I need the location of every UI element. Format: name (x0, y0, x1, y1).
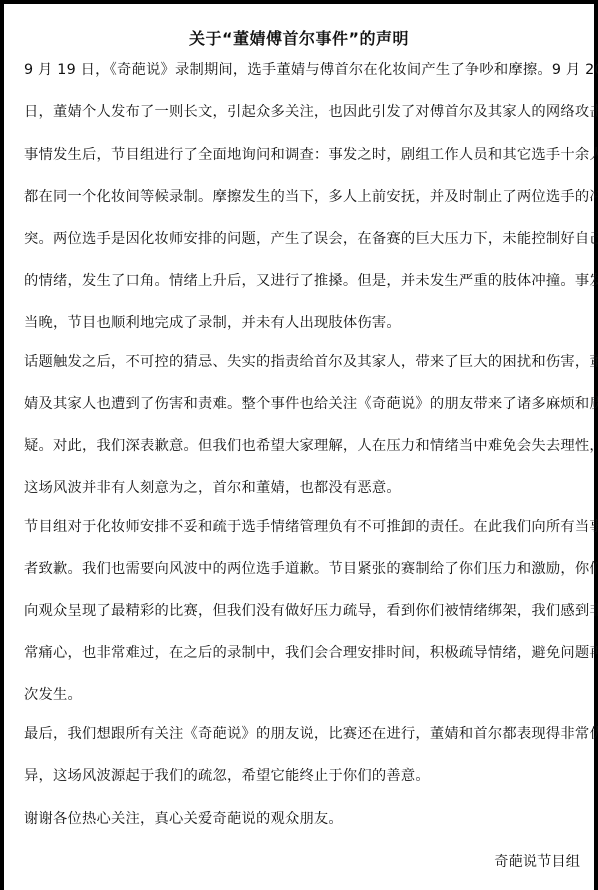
text-line: 当晚，节目也顺利地完成了录制，并未有人出现肢体伤害。 (24, 313, 584, 333)
paragraph-incident: 9 月 19 日，《奇葩说》录制期间，选手董婧与傅首尔在化妆间产生了争吵和摩擦。… (24, 60, 584, 122)
text-line: 向观众呈现了最精彩的比赛，但我们没有做好压力疏导，看到你们被情绪绑架，我们感到非 (24, 601, 584, 621)
statement-document: 关于“董婧傅首尔事件”的声明 9 月 19 日，《奇葩说》录制期间，选手董婧与傅… (4, 4, 594, 890)
text-line: 突。两位选手是因化妆师安排的问题，产生了误会，在备赛的巨大压力下，未能控制好自己 (24, 229, 584, 249)
text-line: 最后，我们想跟所有关注《奇葩说》的朋友说，比赛还在进行，董婧和首尔都表现得非常优 (24, 724, 584, 744)
text-line: 者致歉。我们也需要向风波中的两位选手道歉。节目紧张的赛制给了你们压力和激励，你们 (24, 559, 584, 579)
text-line: 的情绪，发生了口角。情绪上升后，又进行了推搡。但是，并未发生严重的肢体冲撞。事发 (24, 271, 584, 291)
text-line: 这场风波并非有人刻意为之，首尔和董婧，也都没有恶意。 (24, 478, 584, 498)
text-line: 谢谢各位热心关注，真心关爱奇葩说的观众朋友。 (24, 809, 584, 829)
paragraph-investigation: 事情发生后，节目组进行了全面地询问和调查：事发之时，剧组工作人员和其它选手十余人… (24, 145, 584, 333)
paragraph-thanks: 谢谢各位热心关注，真心关爱奇葩说的观众朋友。 (24, 809, 584, 829)
text-line: 话题触发之后，不可控的猜忌、失实的指责给首尔及其家人，带来了巨大的困扰和伤害，董 (24, 352, 584, 372)
text-line: 异，这场风波源起于我们的疏忽，希望它能终止于你们的善意。 (24, 766, 584, 786)
text-line: 都在同一个化妆间等候录制。摩擦发生的当下，多人上前安抚，并及时制止了两位选手的冲 (24, 187, 584, 207)
text-line: 疑。对此，我们深表歉意。但我们也希望大家理解，人在压力和情绪当中难免会失去理性， (24, 436, 584, 456)
text-line: 事情发生后，节目组进行了全面地询问和调查：事发之时，剧组工作人员和其它选手十余人… (24, 145, 584, 165)
paragraph-closing: 最后，我们想跟所有关注《奇葩说》的朋友说，比赛还在进行，董婧和首尔都表现得非常优… (24, 724, 584, 786)
document-title: 关于“董婧傅首尔事件”的声明 (4, 26, 594, 49)
paragraph-impact: 话题触发之后，不可控的猜忌、失实的指责给首尔及其家人，带来了巨大的困扰和伤害，董… (24, 352, 584, 498)
text-line: 婧及其家人也遭到了伤害和责难。整个事件也给关注《奇葩说》的朋友带来了诸多麻烦和质 (24, 394, 584, 414)
signature: 奇葩说节目组 (494, 852, 580, 872)
paragraph-responsibility: 节目组对于化妆师安排不妥和疏于选手情绪管理负有不可推卸的责任。在此我们向所有当事… (24, 517, 584, 705)
text-line: 常痛心，也非常难过，在之后的录制中，我们会合理安排时间，积极疏导情绪，避免问题再 (24, 643, 584, 663)
text-line: 次发生。 (24, 685, 584, 705)
text-line: 节目组对于化妆师安排不妥和疏于选手情绪管理负有不可推卸的责任。在此我们向所有当事 (24, 517, 584, 537)
text-line: 9 月 19 日，《奇葩说》录制期间，选手董婧与傅首尔在化妆间产生了争吵和摩擦。… (24, 60, 584, 80)
text-line: 日，董婧个人发布了一则长文，引起众多关注，也因此引发了对傅首尔及其家人的网络攻击… (24, 102, 584, 122)
